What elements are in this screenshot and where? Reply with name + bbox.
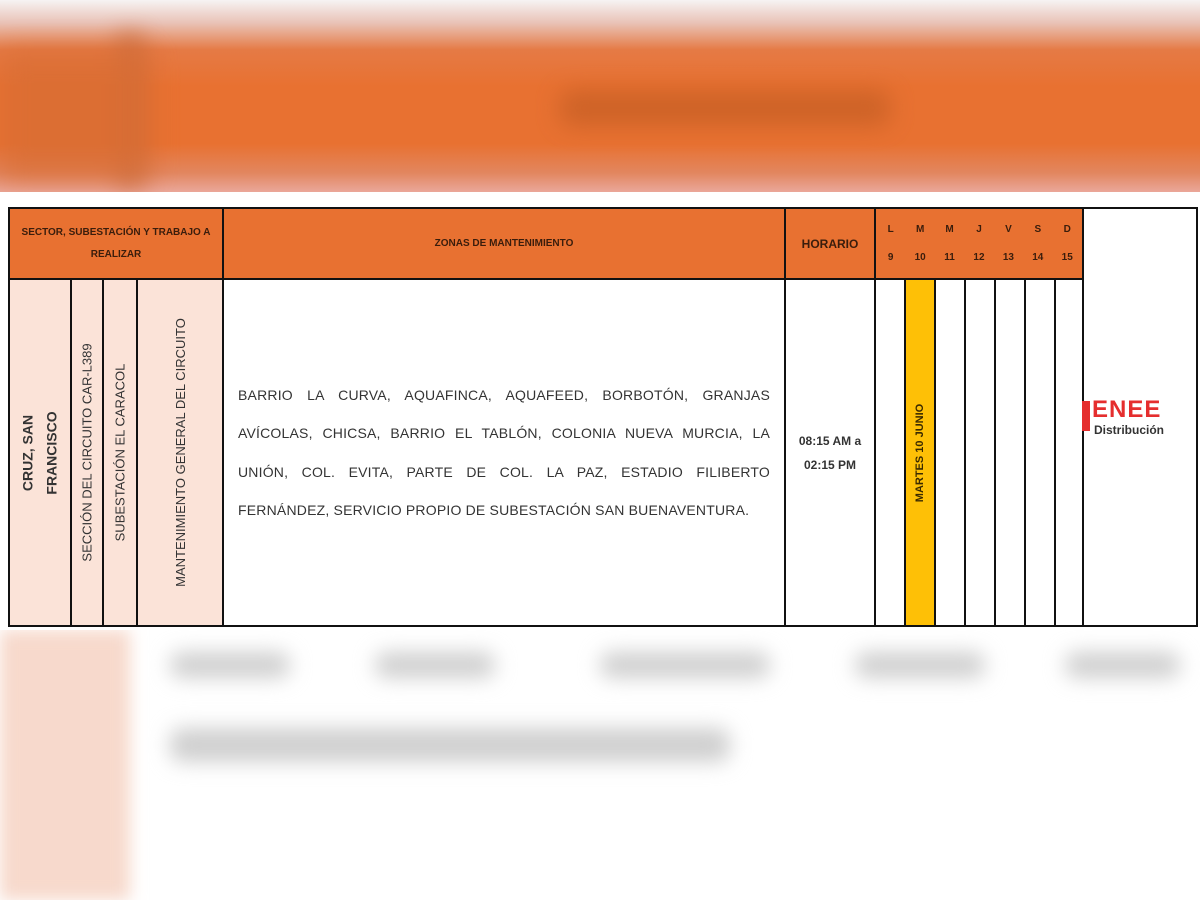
logo-name: ENEE [1092,398,1161,422]
blurred-banner-left [0,50,150,180]
days-grid: L9M10M11J12V13S14D15 [876,209,1082,278]
enee-logo-mark-icon [1082,401,1090,431]
day-header-5: S14 [1023,209,1052,278]
blurred-header-banner [0,0,1200,192]
horario-start: 08:15 AM a [799,429,861,453]
day-letter: S [1034,224,1041,235]
day-letter: D [1064,224,1071,235]
blurred-text-block [375,652,495,678]
enee-logo: ENEE Distribución [1082,395,1194,437]
subestacion-text: SUBESTACIÓN EL CARACOL [113,364,128,542]
day-number: 11 [944,252,955,263]
day-number: 15 [1062,252,1073,263]
day-number: 12 [973,252,984,263]
blurred-text-block [170,652,290,678]
header-sector: SECTOR, SUBESTACIÓN Y TRABAJO A REALIZAR [8,207,224,280]
header-horario: HORARIO [784,207,876,280]
trabajo-cell: MANTENIMIENTO GENERAL DEL CIRCUITO [136,278,224,627]
active-day-label: MARTES 10 JUNIO [914,403,926,501]
subestacion-cell: SUBESTACIÓN EL CARACOL [102,278,138,627]
day-header-6: D15 [1053,209,1082,278]
day-cell-0 [874,278,906,627]
day-letter: J [976,224,982,235]
header-days: L9M10M11J12V13S14D15 [874,207,1084,280]
day-cell-5 [1024,278,1056,627]
day-header-3: J12 [964,209,993,278]
seccion-cell: SECCIÓN DEL CIRCUITO CAR-L389 [70,278,104,627]
seccion-text: SECCIÓN DEL CIRCUITO CAR-L389 [80,343,95,561]
day-number: 14 [1032,252,1043,263]
zonas-text: BARRIO LA CURVA, AQUAFINCA, AQUAFEED, BO… [238,376,770,530]
day-cell-1: MARTES 10 JUNIO [904,278,936,627]
blurred-text-block [170,728,730,762]
document-screenshot: SECTOR, SUBESTACIÓN Y TRABAJO A REALIZAR… [0,0,1200,900]
trabajo-text: MANTENIMIENTO GENERAL DEL CIRCUITO [173,318,188,587]
day-letter: V [1005,224,1012,235]
blurred-banner-title [560,90,890,126]
day-header-2: M11 [935,209,964,278]
logo-subtitle: Distribución [1094,423,1194,437]
day-header-0: L9 [876,209,905,278]
day-cell-4 [994,278,1026,627]
day-letter: M [945,224,953,235]
day-number: 9 [888,252,894,263]
day-header-1: M10 [905,209,934,278]
zonas-cell: BARRIO LA CURVA, AQUAFINCA, AQUAFEED, BO… [222,278,786,627]
day-number: 10 [915,252,926,263]
day-letter: M [916,224,924,235]
blurred-text-block [1065,652,1180,678]
logo-cell: ENEE Distribución [1082,207,1198,627]
blurred-text-block [855,652,985,678]
maintenance-table: SECTOR, SUBESTACIÓN Y TRABAJO A REALIZAR… [8,207,1198,627]
day-cell-2 [934,278,966,627]
horario-end: 02:15 PM [804,453,856,477]
day-number: 13 [1003,252,1014,263]
day-header-4: V13 [994,209,1023,278]
header-zonas: ZONAS DE MANTENIMIENTO [222,207,786,280]
day-letter: L [888,224,894,235]
sector-text: SANTA CRUZ, SAN FRANCISCO DE YOJOA [8,411,72,494]
day-cell-3 [964,278,996,627]
sector-cell: SANTA CRUZ, SAN FRANCISCO DE YOJOA [8,278,72,627]
blurred-text-block [600,652,770,678]
horario-cell: 08:15 AM a 02:15 PM [784,278,876,627]
blurred-footer-content [0,630,1200,900]
blurred-left-strip [0,630,130,900]
